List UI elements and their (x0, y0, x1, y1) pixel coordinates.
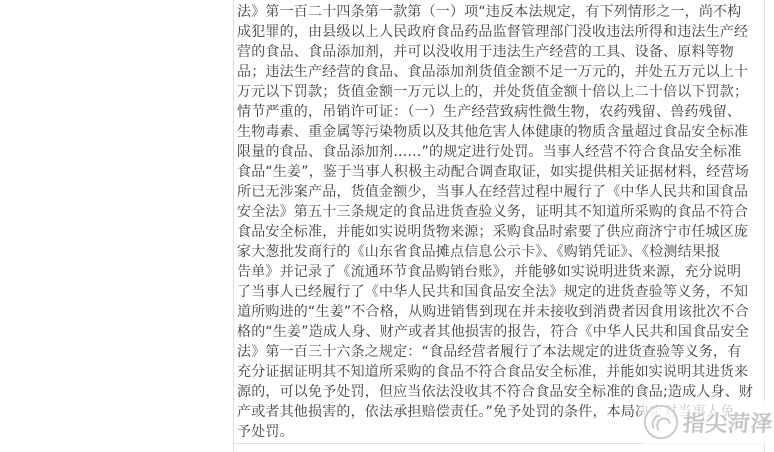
document-page: 法》第一百二十四条第一款第（一）项“违反本法规定，有下列情形之一，尚不构 成犯罪… (0, 0, 774, 452)
table-row-divider (234, 443, 764, 444)
document-table-cell: 法》第一百二十四条第一款第（一）项“违反本法规定，有下列情形之一，尚不构 成犯罪… (233, 0, 765, 452)
document-body-text: 法》第一百二十四条第一款第（一）项“违反本法规定，有下列情形之一，尚不构 成犯罪… (237, 2, 762, 442)
